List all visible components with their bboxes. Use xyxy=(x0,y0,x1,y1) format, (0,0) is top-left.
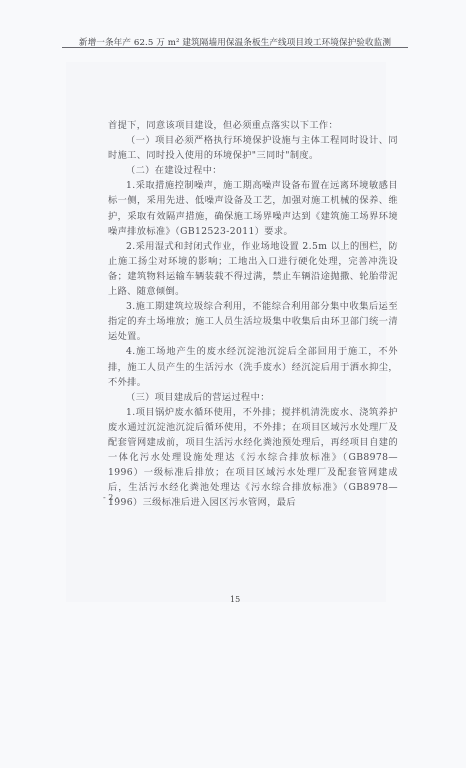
page-number: 15 xyxy=(230,595,240,604)
paragraph: 2.采用湿式和封闭式作业，作业场地设置 2.5m 以上的围栏，防止施工扬尘对环境… xyxy=(108,239,398,299)
header-divider xyxy=(62,47,408,48)
paragraph: （一）项目必须严格执行环境保护设施与主体工程同时设计、同时施工、同时投入使用的环… xyxy=(108,133,398,163)
paragraph: 1.项目锅炉废水循环使用，不外排；搅拌机清洗废水、浇筑养护废水通过沉淀池沉淀后循… xyxy=(108,405,398,511)
document-page: 新增一条年产 62.5 万 m² 建筑隔墙用保温条板生产线项目竣工环境保护验收监… xyxy=(0,0,466,768)
paragraph: （二）在建设过程中： xyxy=(108,163,398,178)
paragraph: 1.采取措施控制噪声，施工期高噪声设备布置在远离环境敏感目标一侧，采用先进、低噪… xyxy=(108,178,398,238)
paragraph: 3.施工期建筑垃圾综合利用，不能综合利用部分集中收集后运至指定的弃土场堆放；施工… xyxy=(108,299,398,344)
document-body: 首提下，同意该项目建设，但必须重点落实以下工作： （一）项目必须严格执行环境保护… xyxy=(108,118,398,510)
paragraph: （三）项目建成后的营运过程中： xyxy=(108,390,398,405)
paragraph: 4.施工场地产生的废水经沉淀池沉淀后全部回用于施工，不外排，施工人员产生的生活污… xyxy=(108,344,398,389)
inner-page-number: - 2 - xyxy=(103,493,119,502)
paragraph: 首提下，同意该项目建设，但必须重点落实以下工作： xyxy=(108,118,398,133)
